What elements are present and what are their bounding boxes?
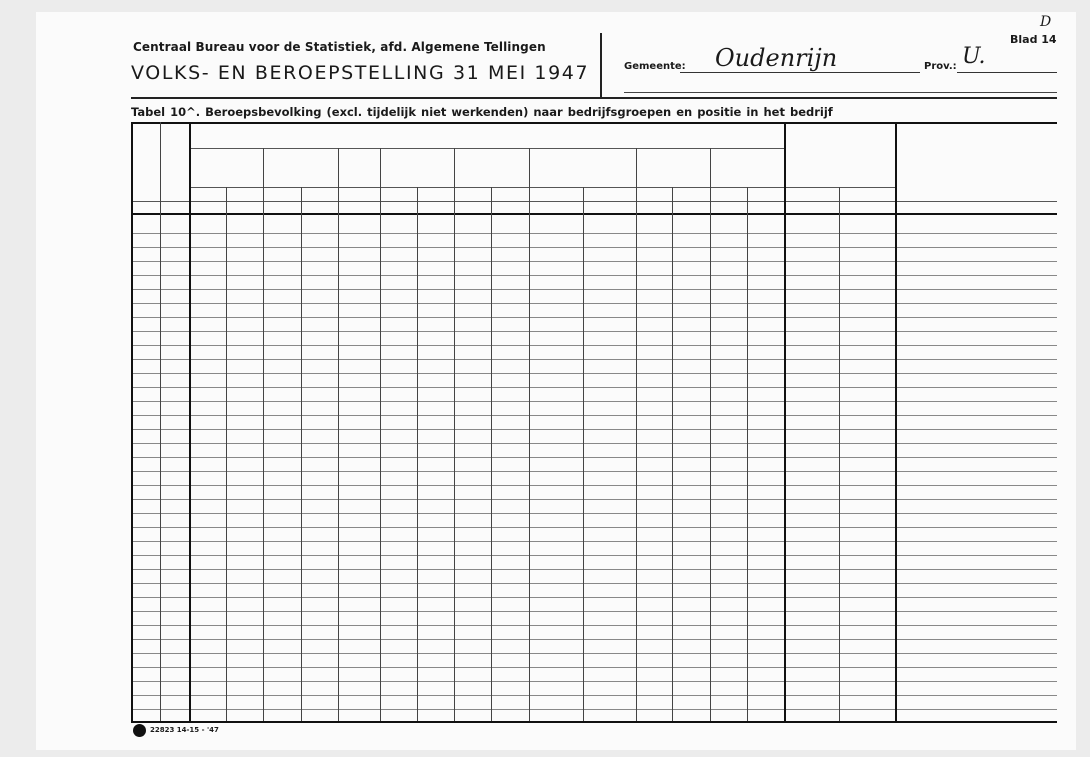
row-rule [131, 555, 1057, 556]
sheet-number: Blad 14 [1010, 33, 1057, 46]
province-underline [957, 72, 1057, 73]
row-rule [131, 457, 1057, 458]
col-rule [784, 122, 786, 721]
row-rule [131, 429, 1057, 430]
row-rule [131, 485, 1057, 486]
col-rule [529, 148, 530, 721]
row-rule [131, 317, 1057, 318]
gemeente-value: Oudenrijn [715, 44, 837, 72]
row-rule [131, 443, 1057, 444]
print-code: 22823 14-15 - '47 [150, 726, 219, 734]
row-rule [131, 513, 1057, 514]
col-rule [263, 148, 264, 721]
table-caption: Tabel 10^. Beroepsbevolking (excl. tijde… [131, 105, 833, 119]
organization-name: Centraal Bureau voor de Statistiek, afd.… [133, 40, 546, 54]
row-rule [131, 569, 1057, 570]
province-value: U. [962, 44, 986, 69]
row-rule [131, 247, 1057, 248]
col-rule [839, 187, 840, 721]
row-rule [131, 401, 1057, 402]
col-rule [636, 148, 637, 721]
table-bottom-rule [131, 721, 1057, 723]
row-rule [131, 289, 1057, 290]
row-rule [131, 303, 1057, 304]
form-title: VOLKS- EN BEROEPSTELLING 31 MEI 1947 [131, 62, 589, 84]
gemeente-underline [680, 72, 920, 73]
col-rule [491, 187, 492, 721]
row-rule [131, 275, 1057, 276]
address-line [624, 92, 1057, 93]
row-rule [131, 233, 1057, 234]
row-rule [131, 611, 1057, 612]
row-rule [131, 359, 1057, 360]
row-rule [131, 499, 1057, 500]
row-rule [131, 653, 1057, 654]
row-rule [131, 597, 1057, 598]
mv-rule [189, 187, 895, 188]
num-rule [131, 201, 1057, 202]
row-rule [131, 583, 1057, 584]
col-rule [454, 148, 455, 721]
row-rule [131, 471, 1057, 472]
row-rule [131, 695, 1057, 696]
header-divider [600, 33, 602, 97]
col-rule [747, 187, 748, 721]
row-rule [131, 373, 1057, 374]
col-rule [583, 187, 584, 721]
row-rule [131, 527, 1057, 528]
row-rule [131, 261, 1057, 262]
row-rule [131, 709, 1057, 710]
row-rule [131, 639, 1057, 640]
col-rule [160, 122, 161, 721]
row-rule [131, 415, 1057, 416]
row-rule [131, 681, 1057, 682]
printer-logo-icon [133, 724, 146, 737]
col-rule [710, 148, 711, 721]
blad-mark: D [1040, 14, 1051, 30]
gemeente-label: Gemeente: [624, 61, 686, 72]
col-rule [672, 187, 673, 721]
positie-rule [189, 148, 784, 149]
body-top-rule [131, 213, 1057, 215]
col-rule [338, 148, 339, 721]
col-rule [226, 187, 227, 721]
row-rule [131, 667, 1057, 668]
col-rule [189, 122, 191, 721]
row-rule [131, 331, 1057, 332]
col-rule [417, 187, 418, 721]
col-rule [131, 122, 133, 721]
row-rule [131, 387, 1057, 388]
table-top-rule [131, 122, 1057, 124]
header-rule [131, 97, 1057, 99]
province-label: Prov.: [924, 61, 957, 72]
col-rule [380, 148, 381, 721]
col-rule [895, 122, 897, 721]
row-rule [131, 625, 1057, 626]
row-rule [131, 345, 1057, 346]
row-rule [131, 541, 1057, 542]
col-rule [301, 187, 302, 721]
